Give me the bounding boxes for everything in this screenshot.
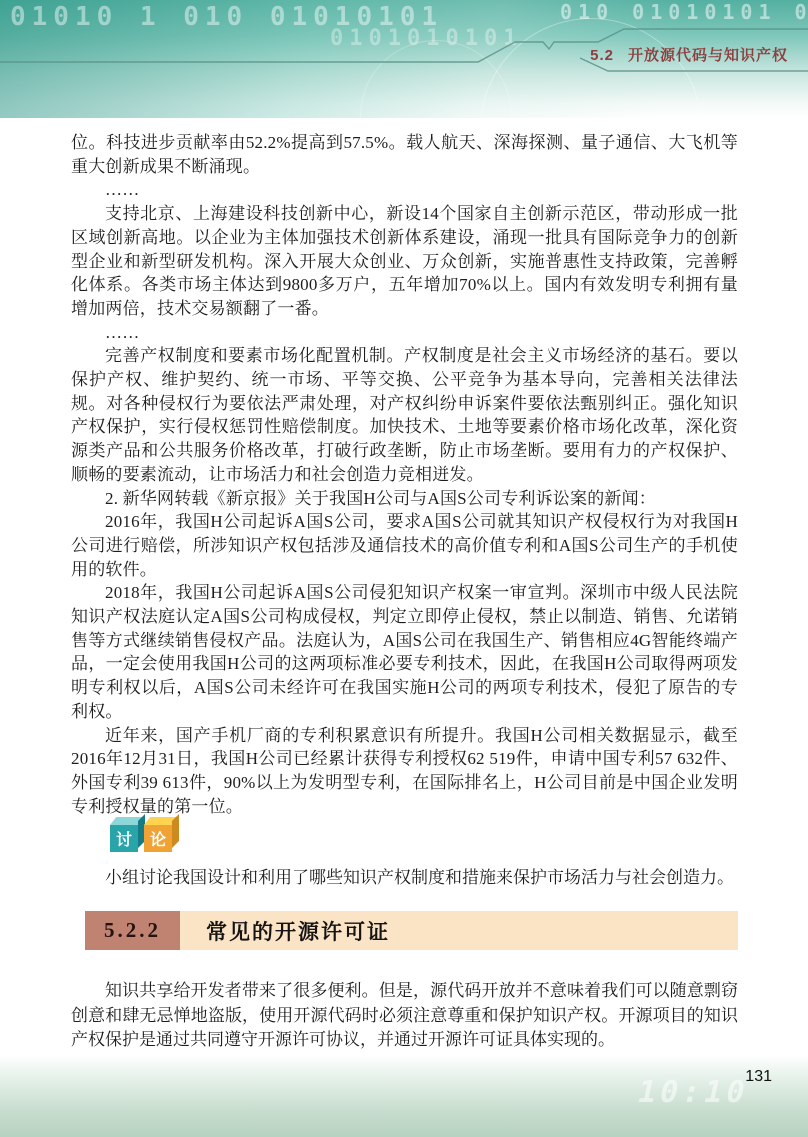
closing-paragraph: 知识共享给开发者带来了很多便利。但是，源代码开放并不意味着我们可以随意剽窃创意和… xyxy=(71,979,738,1053)
section-title: 常见的开源许可证 xyxy=(180,911,390,950)
discussion-badge-char: 讨 xyxy=(110,825,138,852)
paragraph: 支持北京、上海建设科技创新中心，新设14个国家自主创新示范区，带动形成一批区域创… xyxy=(71,202,738,321)
section-heading: 5.2.2 常见的开源许可证 xyxy=(85,911,738,950)
discussion-prompt: 小组讨论我国设计和利用了哪些知识产权制度和措施来保护市场活力与社会创造力。 xyxy=(71,866,738,890)
discussion-cube-icon: 论 xyxy=(144,825,172,852)
paragraph: 2016年，我国H公司起诉A国S公司，要求A国S公司就其知识产权侵权行为对我国H… xyxy=(71,510,738,581)
ellipsis-line: …… xyxy=(71,178,738,202)
paragraph: 完善产权制度和要素市场化配置机制。产权制度是社会主义市场经济的基石。要以保护产权… xyxy=(71,344,738,486)
page-header: 01010 1 010 01010101 0101010101 010 0101… xyxy=(0,0,808,118)
main-text-block: 位。科技进步贡献率由52.2%提高到57.5%。载人航天、深海探测、量子通信、大… xyxy=(71,131,738,818)
section-number-box: 5.2.2 xyxy=(85,911,180,950)
discussion-cube-icon: 讨 xyxy=(110,825,138,852)
paragraph: 2. 新华网转载《新京报》关于我国H公司与A国S公司专利诉讼案的新闻： xyxy=(71,487,738,511)
running-head-title: 开放源代码与知识产权 xyxy=(628,47,788,64)
running-head-number: 5.2 xyxy=(590,47,614,64)
ellipsis-line: …… xyxy=(71,321,738,345)
discussion-badge-char: 论 xyxy=(144,825,172,852)
paragraph: 2018年，我国H公司起诉A国S公司侵犯知识产权案一审宣判。深圳市中级人民法院知… xyxy=(71,581,738,723)
page-number: 131 xyxy=(745,1068,772,1086)
paragraph: 位。科技进步贡献率由52.2%提高到57.5%。载人航天、深海探测、量子通信、大… xyxy=(71,131,738,178)
cube-side-face xyxy=(172,814,179,848)
running-head: 5.2开放源代码与知识产权 xyxy=(590,44,788,65)
digits-decor: 10:10 xyxy=(634,1075,752,1110)
paragraph: 近年来，国产手机厂商的专利积累意识有所提升。我国H公司相关数据显示，截至2016… xyxy=(71,724,738,819)
discussion-badge: 讨 论 xyxy=(110,816,172,856)
page-footer: 10:10 xyxy=(0,1055,808,1137)
